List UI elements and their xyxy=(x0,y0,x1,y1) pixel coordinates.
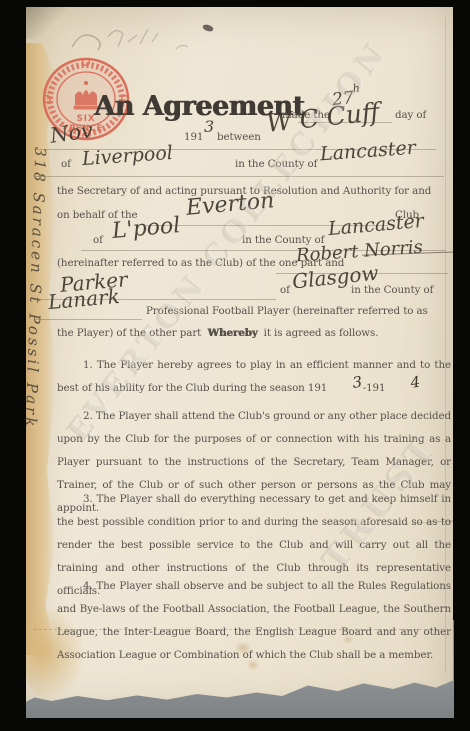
county-of-label: in the County of xyxy=(235,158,317,170)
form-line xyxy=(34,319,142,320)
handwritten-secretary-county: Lancaster xyxy=(319,137,416,166)
clause-1-text: -191 xyxy=(363,382,386,394)
handwritten-season-digit: 4 xyxy=(384,372,422,398)
handwritten-secretary-city: Liverpool xyxy=(81,142,173,170)
whereby-line: the Player) of the other part Whereby it… xyxy=(57,327,378,339)
day-suffix: h xyxy=(352,82,360,96)
of-label: of xyxy=(93,234,103,246)
between-label: between xyxy=(217,131,261,143)
form-line xyxy=(34,176,444,177)
handwritten-player-county: Lanark xyxy=(47,284,121,314)
photographed-document: SIX PENCE 318 Saracen St Possil Park An … xyxy=(0,0,470,731)
handwritten-month: Nov xyxy=(49,118,95,148)
of-label: of xyxy=(280,284,290,296)
whereby-word: Whereby xyxy=(207,327,257,339)
day-of-label: day of xyxy=(395,109,426,121)
county-of-label: in the County of xyxy=(351,284,433,296)
professional-player-line: Professional Football Player (hereinafte… xyxy=(146,305,428,317)
clause-1: 1. The Player hereby agrees to play in a… xyxy=(57,355,451,399)
clause-4: 4. The Player shall observe and be subje… xyxy=(57,575,451,667)
handwritten-year-digit: 3 xyxy=(204,117,214,136)
pencil-scribble xyxy=(56,15,246,67)
agreed-text: it is agreed as follows. xyxy=(264,327,379,339)
handwritten-club-city: L'pool xyxy=(111,213,181,244)
of-label: of xyxy=(61,158,71,170)
other-part-text: the Player) of the other part xyxy=(57,327,201,339)
agreement-page: SIX PENCE 318 Saracen St Possil Park An … xyxy=(26,7,453,713)
handwritten-club-county: Lancaster xyxy=(327,210,424,240)
year-prefix: 191 xyxy=(184,131,203,143)
handwritten-season-digit: 3 xyxy=(326,372,364,398)
